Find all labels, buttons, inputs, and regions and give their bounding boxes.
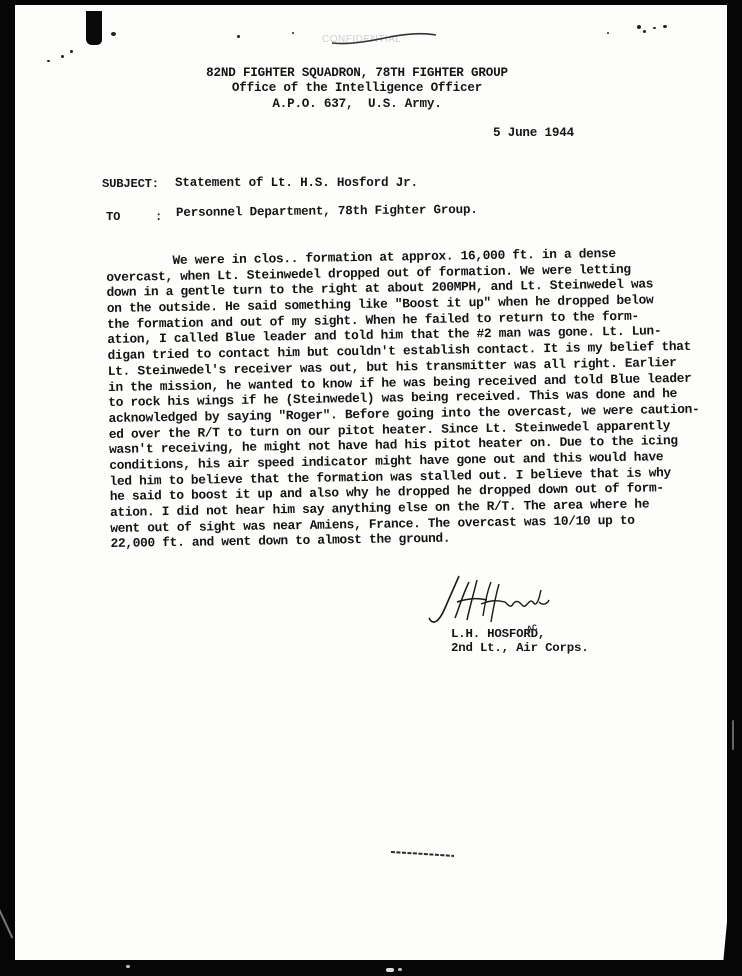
signatory-rank: 2nd Lt., Air Corps.: [451, 641, 588, 655]
ink-speck: [607, 32, 609, 34]
ink-speck: [47, 60, 50, 62]
to-colon: :: [155, 210, 162, 224]
footer-pen-mark: [390, 850, 456, 858]
ink-speck: [237, 35, 240, 38]
to-label: TO: [106, 210, 120, 224]
scan-artifact: [398, 968, 402, 971]
ink-speck: [653, 27, 656, 29]
letterhead-unit: 82ND FIGHTER SQUADRON, 78TH FIGHTER GROU…: [202, 66, 512, 81]
ink-speck: [637, 25, 641, 29]
letterhead-address: A.P.O. 637, U.S. Army.: [202, 97, 512, 112]
subject-value: Statement of Lt. H.S. Hosford Jr.: [175, 176, 418, 190]
ink-speck: [111, 32, 116, 36]
subject-label: SUBJECT:: [102, 177, 159, 191]
letterhead-office: Office of the Intelligence Officer: [202, 81, 512, 96]
tape-mark: [86, 11, 102, 45]
ink-speck: [70, 50, 73, 53]
handwritten-annotation: AC: [526, 623, 538, 635]
ink-speck: [61, 55, 64, 58]
scanned-document-frame: CONFIDENTIAL 82ND FIGHTER SQUADRON, 78TH…: [0, 0, 742, 976]
document-page: CONFIDENTIAL 82ND FIGHTER SQUADRON, 78TH…: [15, 5, 727, 960]
scan-artifact: [0, 901, 13, 938]
scan-artifact: [732, 720, 734, 750]
ink-speck: [292, 32, 294, 34]
handwritten-signature: [425, 568, 555, 628]
ink-speck: [643, 30, 646, 33]
to-value: Personnel Department, 78th Fighter Group…: [176, 203, 478, 220]
ink-speck: [663, 25, 667, 28]
pen-stroke-mark: [330, 32, 438, 46]
scan-artifact: [386, 968, 394, 972]
scan-artifact: [126, 965, 130, 968]
document-date: 5 June 1944: [493, 126, 574, 140]
statement-body: We were in clos.. formation at approx. 1…: [106, 245, 711, 552]
